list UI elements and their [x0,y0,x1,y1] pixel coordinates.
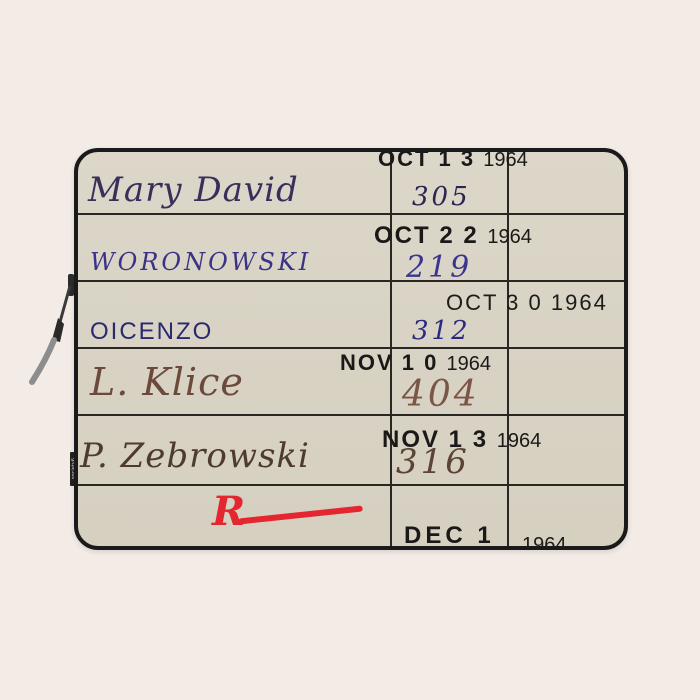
call-number: 312 [412,316,471,346]
row-divider [78,347,624,349]
due-date-stamp: NOV 1 0 1964 [340,350,491,376]
zipper-pull[interactable] [24,270,74,390]
call-number: 219 [406,250,472,285]
borrower-name: L. Klice [90,360,244,404]
row-divider [78,280,624,282]
row-divider [78,484,624,486]
row-divider [78,213,624,215]
row-divider [78,414,624,416]
call-number: 404 [402,374,480,415]
librarian-initial: R [212,488,245,535]
borrower-name: Mary David [88,170,299,210]
due-date-stamp: DEC 1 [404,522,495,550]
column-divider [390,152,392,546]
borrower-name: WORONOWSKI [90,248,311,276]
borrower-name: OICENZO [90,318,213,346]
due-date-year: 1964 [522,534,567,550]
column-divider [507,152,509,546]
due-date-stamp: OCT 1 3 1964 [378,148,528,172]
due-date-stamp: OCT 2 2 1964 [374,222,532,250]
due-date-stamp: OCT 3 0 1964 [446,290,608,316]
laptop-sleeve: OCT 1 3 1964 Mary David 305 OCT 2 2 1964… [74,148,628,550]
librarian-mark-stroke [238,505,363,524]
borrower-name: P. Zebrowski [80,436,310,476]
call-number: 316 [396,442,470,482]
call-number: 305 [412,182,471,212]
